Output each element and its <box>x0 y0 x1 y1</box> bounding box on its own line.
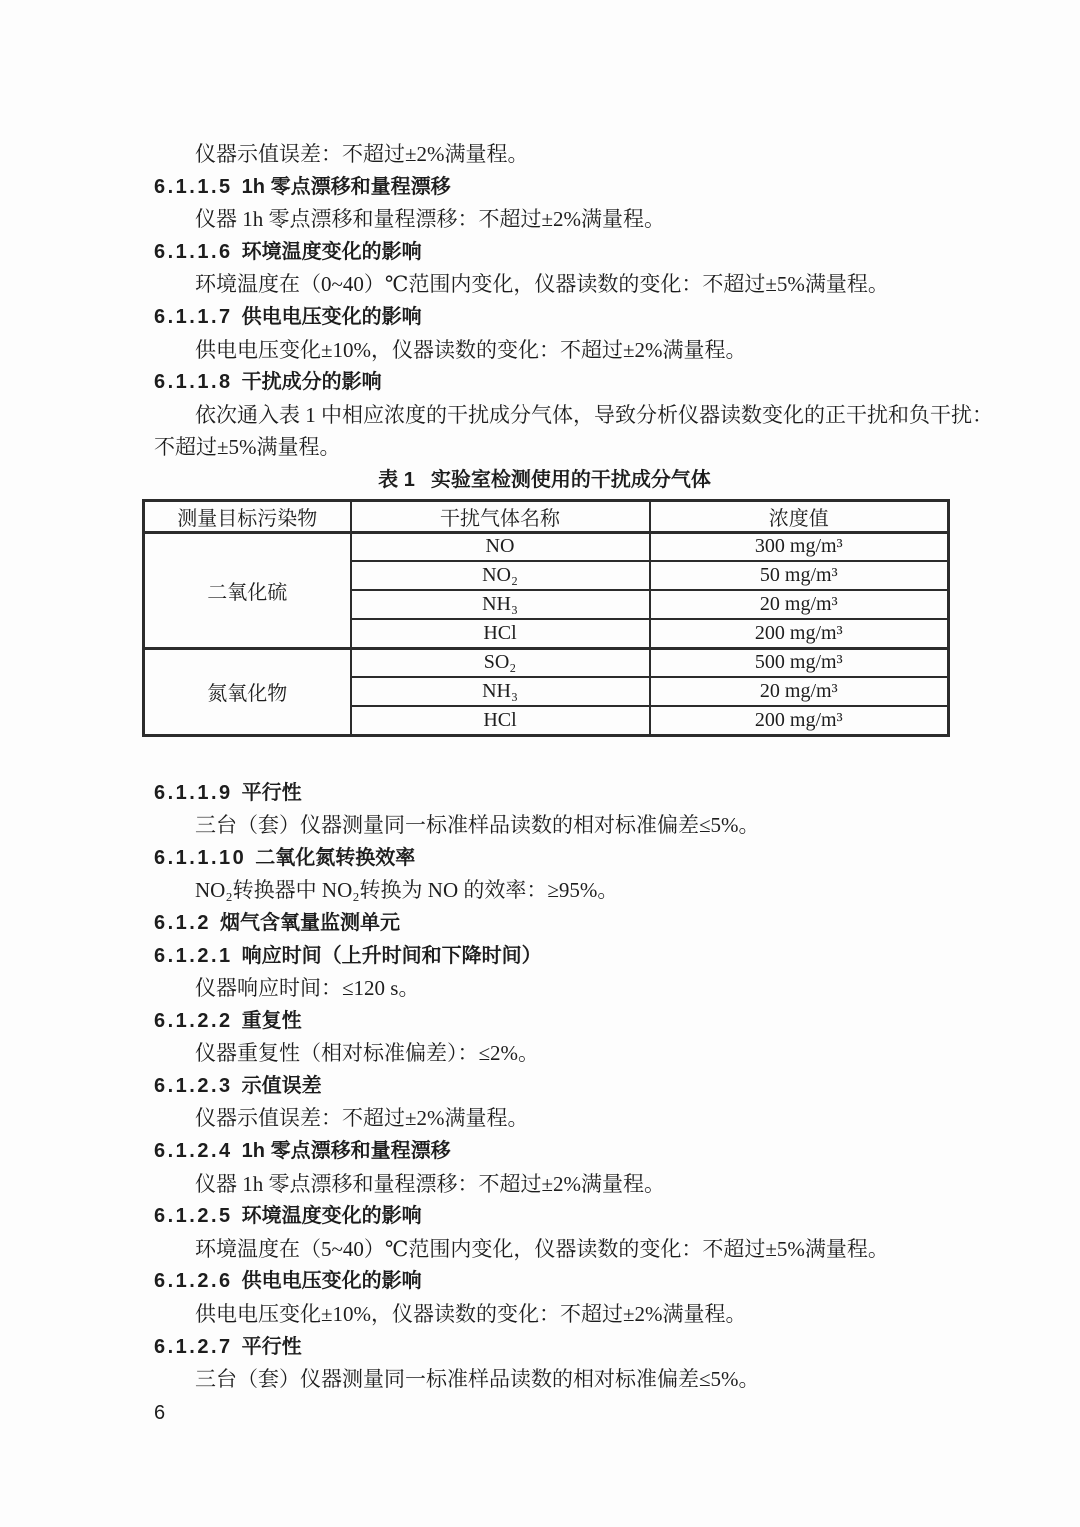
section-heading-6-1-2-5: 6.1.2.5环境温度变化的影响 <box>154 1200 944 1233</box>
clause-title: 供电电压变化的影响 <box>242 1270 422 1292</box>
paragraph-line: 仪器示值误差：不超过±2%满量程。 <box>154 1102 944 1135</box>
clause-number: 6.1.2.6 <box>154 1270 233 1292</box>
paragraph-text: 仪器示值误差：不超过±2%满量程。 <box>195 1106 529 1130</box>
table-row: 二氧化硫 NO 300 mg/m³ <box>144 532 949 561</box>
paragraph-text: 供电电压变化±10%，仪器读数的变化：不超过±2%满量程。 <box>195 338 747 362</box>
interference-gas-table: 测量目标污染物 干扰气体名称 浓度值 二氧化硫 NO 300 mg/m³ NO₂… <box>142 499 950 737</box>
paragraph-line: 三台（套）仪器测量同一标准样品读数的相对标准偏差≤5%。 <box>154 1363 944 1396</box>
table-cell-gas: HCl <box>351 706 650 735</box>
clause-number: 6.1.1.8 <box>154 371 233 393</box>
table-cell-gas: NO <box>351 532 650 561</box>
table-row: 氮氧化物 SO₂ 500 mg/m³ <box>144 648 949 677</box>
paragraph-text: 仪器响应时间：≤120 s。 <box>195 976 419 1000</box>
clause-number: 6.1.2 <box>154 912 211 934</box>
section-heading-6-1-1-7: 6.1.1.7供电电压变化的影响 <box>154 301 944 334</box>
paragraph-text: 供电电压变化±10%，仪器读数的变化：不超过±2%满量程。 <box>195 1302 747 1326</box>
paragraph-line: 仪器 1h 零点漂移和量程漂移：不超过±2%满量程。 <box>154 203 944 236</box>
section-heading-6-1-2-7: 6.1.2.7平行性 <box>154 1331 944 1364</box>
section-heading-6-1-1-5: 6.1.1.51h 零点漂移和量程漂移 <box>154 171 944 204</box>
page-number: 6 <box>154 1398 944 1428</box>
table-caption: 表 1实验室检测使用的干扰成分气体 <box>142 464 947 497</box>
table-cell-pollutant: 二氧化硫 <box>144 532 351 648</box>
table-cell-gas: SO₂ <box>351 648 650 677</box>
post-table-content: 6.1.1.9平行性 三台（套）仪器测量同一标准样品读数的相对标准偏差≤5%。 … <box>154 777 944 1396</box>
clause-title: 平行性 <box>242 782 302 804</box>
paragraph-line: 环境温度在（5~40）℃范围内变化，仪器读数的变化：不超过±5%满量程。 <box>154 1233 944 1266</box>
clause-number: 6.1.1.5 <box>154 176 233 198</box>
section-heading-6-1-2-3: 6.1.2.3示值误差 <box>154 1070 944 1103</box>
section-heading-6-1-2-1: 6.1.2.1响应时间（上升时间和下降时间） <box>154 940 944 973</box>
clause-title: 平行性 <box>242 1336 302 1358</box>
clause-number: 6.1.2.7 <box>154 1336 233 1358</box>
clause-title: 烟气含氧量监测单元 <box>220 912 400 934</box>
paragraph-text: 环境温度在（5~40）℃范围内变化，仪器读数的变化：不超过±5%满量程。 <box>195 1237 889 1261</box>
table-header-row: 测量目标污染物 干扰气体名称 浓度值 <box>144 500 949 532</box>
table-cell-concentration: 20 mg/m³ <box>650 677 949 706</box>
section-heading-6-1-2-2: 6.1.2.2重复性 <box>154 1005 944 1038</box>
paragraph-line: 仪器 1h 零点漂移和量程漂移：不超过±2%满量程。 <box>154 1168 944 1201</box>
section-heading-6-1-2-6: 6.1.2.6供电电压变化的影响 <box>154 1265 944 1298</box>
clause-number: 6.1.2.5 <box>154 1205 233 1227</box>
paragraph-text: 依次通入表 1 中相应浓度的干扰成分气体，导致分析仪器读数变化的正干扰和负干扰： <box>195 403 993 427</box>
paragraph-line: 仪器重复性（相对标准偏差）：≤2%。 <box>154 1037 944 1070</box>
clause-number: 6.1.2.1 <box>154 945 233 967</box>
paragraph-line: 仪器响应时间：≤120 s。 <box>154 972 944 1005</box>
table-cell-concentration: 300 mg/m³ <box>650 532 949 561</box>
table-header-pollutant: 测量目标污染物 <box>144 500 351 532</box>
clause-title: 供电电压变化的影响 <box>242 306 422 328</box>
paragraph-text: NO₂转换器中 NO₂转换为 NO 的效率：≥95%。 <box>195 878 618 902</box>
table-cell-concentration: 200 mg/m³ <box>650 706 949 735</box>
section-heading-6-1-2: 6.1.2烟气含氧量监测单元 <box>154 907 944 940</box>
clause-title: 二氧化氮转换效率 <box>255 847 415 869</box>
paragraph-line: 环境温度在（0~40）℃范围内变化，仪器读数的变化：不超过±5%满量程。 <box>154 268 944 301</box>
section-heading-6-1-1-6: 6.1.1.6环境温度变化的影响 <box>154 236 944 269</box>
clause-number: 6.1.2.3 <box>154 1075 233 1097</box>
table-cell-gas: NH₃ <box>351 590 650 619</box>
section-heading-6-1-1-8: 6.1.1.8干扰成分的影响 <box>154 366 944 399</box>
clause-title: 1h 零点漂移和量程漂移 <box>242 1140 451 1162</box>
paragraph-line: NO₂转换器中 NO₂转换为 NO 的效率：≥95%。 <box>154 874 944 907</box>
clause-number: 6.1.1.6 <box>154 241 233 263</box>
table-cell-concentration: 20 mg/m³ <box>650 590 949 619</box>
paragraph-text: 三台（套）仪器测量同一标准样品读数的相对标准偏差≤5%。 <box>195 1367 760 1391</box>
paragraph-line: 供电电压变化±10%，仪器读数的变化：不超过±2%满量程。 <box>154 1298 944 1331</box>
clause-number: 6.1.1.9 <box>154 782 233 804</box>
table-cell-gas: NH₃ <box>351 677 650 706</box>
clause-title: 环境温度变化的影响 <box>242 241 422 263</box>
section-heading-6-1-1-9: 6.1.1.9平行性 <box>154 777 944 810</box>
paragraph-line: 供电电压变化±10%，仪器读数的变化：不超过±2%满量程。 <box>154 334 944 367</box>
page-content: 仪器示值误差：不超过±2%满量程。 6.1.1.51h 零点漂移和量程漂移 仪器… <box>154 138 944 1428</box>
paragraph-text: 仪器 1h 零点漂移和量程漂移：不超过±2%满量程。 <box>195 1172 665 1196</box>
table-cell-pollutant: 氮氧化物 <box>144 648 351 735</box>
paragraph-text: 仪器示值误差：不超过±2%满量程。 <box>195 142 529 166</box>
clause-title: 重复性 <box>242 1010 302 1032</box>
paragraph-line: 仪器示值误差：不超过±2%满量程。 <box>154 138 944 171</box>
table-cell-concentration: 200 mg/m³ <box>650 619 949 648</box>
section-heading-6-1-2-4: 6.1.2.41h 零点漂移和量程漂移 <box>154 1135 944 1168</box>
table-cell-gas: NO₂ <box>351 561 650 590</box>
paragraph-line: 不超过±5%满量程。 <box>154 431 944 464</box>
clause-number: 6.1.2.2 <box>154 1010 233 1032</box>
clause-number: 6.1.1.7 <box>154 306 233 328</box>
table-caption-label: 表 1 <box>378 469 415 491</box>
clause-title: 1h 零点漂移和量程漂移 <box>242 176 451 198</box>
table-cell-concentration: 500 mg/m³ <box>650 648 949 677</box>
table-cell-concentration: 50 mg/m³ <box>650 561 949 590</box>
clause-title: 干扰成分的影响 <box>242 371 382 393</box>
clause-title: 响应时间（上升时间和下降时间） <box>242 945 542 967</box>
paragraph-text: 不超过±5%满量程。 <box>154 435 341 459</box>
paragraph-line: 依次通入表 1 中相应浓度的干扰成分气体，导致分析仪器读数变化的正干扰和负干扰： <box>154 399 944 432</box>
table-caption-text: 实验室检测使用的干扰成分气体 <box>431 469 711 491</box>
paragraph-text: 环境温度在（0~40）℃范围内变化，仪器读数的变化：不超过±5%满量程。 <box>195 272 889 296</box>
table-header-gas: 干扰气体名称 <box>351 500 650 532</box>
section-heading-6-1-1-10: 6.1.1.10二氧化氮转换效率 <box>154 842 944 875</box>
clause-title: 示值误差 <box>242 1075 322 1097</box>
clause-title: 环境温度变化的影响 <box>242 1205 422 1227</box>
paragraph-text: 仪器 1h 零点漂移和量程漂移：不超过±2%满量程。 <box>195 207 665 231</box>
document-page: 仪器示值误差：不超过±2%满量程。 6.1.1.51h 零点漂移和量程漂移 仪器… <box>0 0 1080 1527</box>
paragraph-text: 仪器重复性（相对标准偏差）：≤2%。 <box>195 1041 539 1065</box>
clause-number: 6.1.1.10 <box>154 847 246 869</box>
paragraph-text: 三台（套）仪器测量同一标准样品读数的相对标准偏差≤5%。 <box>195 813 760 837</box>
table-header-concentration: 浓度值 <box>650 500 949 532</box>
clause-number: 6.1.2.4 <box>154 1140 233 1162</box>
table-cell-gas: HCl <box>351 619 650 648</box>
paragraph-line: 三台（套）仪器测量同一标准样品读数的相对标准偏差≤5%。 <box>154 809 944 842</box>
